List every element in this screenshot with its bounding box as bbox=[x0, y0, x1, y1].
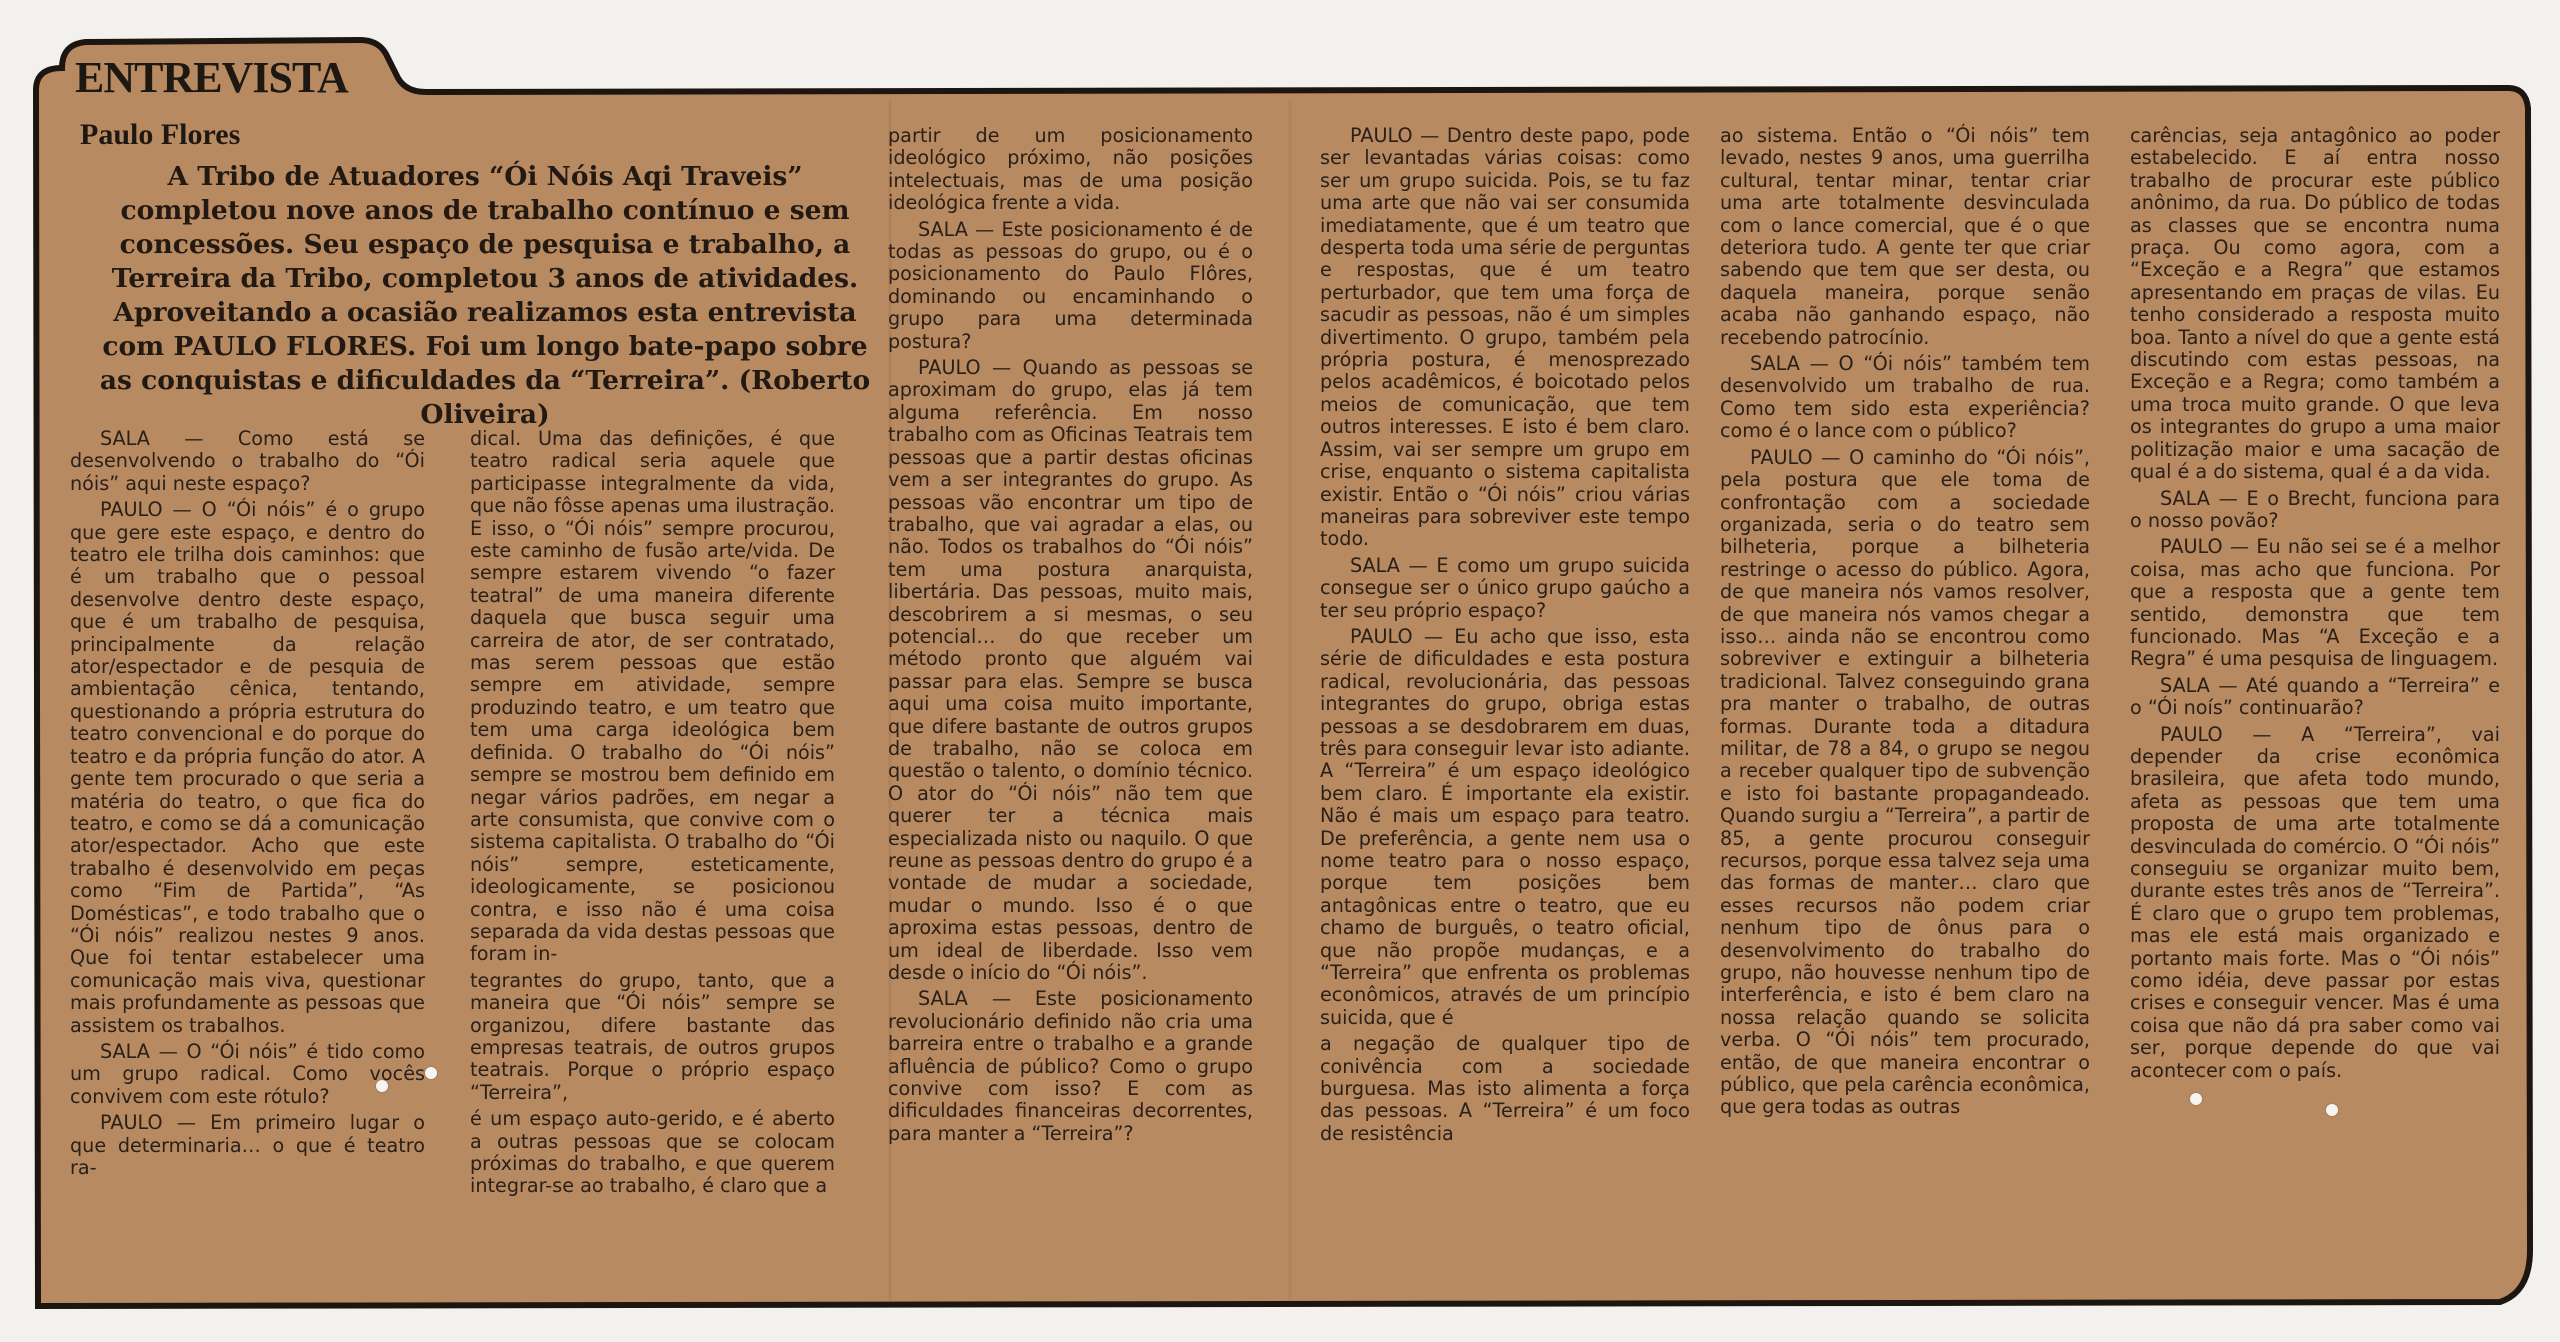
column-4: PAULO — Dentro deste papo, pode ser leva… bbox=[1320, 125, 1690, 1149]
interview-turn-sala: SALA — E como um grupo suicida consegue … bbox=[1320, 555, 1690, 622]
speaker-label: SALA — bbox=[918, 218, 1001, 241]
speaker-label: SALA — bbox=[2160, 674, 2246, 697]
punch-hole bbox=[2190, 1093, 2202, 1105]
speaker-label: PAULO — bbox=[100, 498, 202, 521]
speaker-label: PAULO — bbox=[2160, 535, 2256, 558]
punch-hole bbox=[376, 1080, 388, 1092]
punch-hole bbox=[425, 1067, 437, 1079]
column-2: dical. Uma das definições, é que teatro … bbox=[470, 428, 835, 1202]
speaker-label: PAULO — bbox=[1750, 446, 1849, 469]
speaker-label: SALA — bbox=[100, 1040, 186, 1063]
speaker-label: SALA — bbox=[1350, 554, 1436, 577]
column-6: carências, seja antagônico ao poder esta… bbox=[2130, 125, 2500, 1086]
interview-turn-sala: SALA — O “Ói nóis” também tem desenvolvi… bbox=[1720, 353, 2090, 443]
interview-turn-sala: SALA — Este posicionamento é de todas as… bbox=[888, 219, 1253, 353]
speaker-label: PAULO — bbox=[1350, 625, 1454, 648]
interview-turn-sala: SALA — Este posicionamento revolucionári… bbox=[888, 988, 1253, 1145]
speaker-label: SALA — bbox=[100, 427, 238, 450]
paragraph-continuation: é um espaço auto-gerido, e é aberto a ou… bbox=[470, 1108, 835, 1198]
interview-turn-paulo: PAULO — Eu não sei se é a melhor coisa, … bbox=[2130, 536, 2500, 670]
interview-turn-sala: SALA — Até quando a “Terreira” e o “Ói n… bbox=[2130, 675, 2500, 720]
interview-turn-paulo: PAULO — Quando as pessoas se aproximam d… bbox=[888, 357, 1253, 984]
interview-turn-paulo: PAULO — Dentro deste papo, pode ser leva… bbox=[1320, 125, 1690, 551]
interview-turn-paulo: PAULO — Em primeiro lugar o que determin… bbox=[70, 1112, 425, 1179]
lead-paragraph: A Tribo de Atuadores “Ói Nóis Aqi Travei… bbox=[90, 160, 880, 432]
speaker-label: PAULO — bbox=[2160, 723, 2301, 746]
section-heading: ENTREVISTA bbox=[75, 52, 348, 103]
speaker-label: SALA — bbox=[1750, 352, 1839, 375]
interview-turn-sala: SALA — Como está se desenvolvendo o trab… bbox=[70, 428, 425, 495]
paragraph-continuation: ao sistema. Então o “Ói nóis” tem levado… bbox=[1720, 125, 2090, 349]
byline: Paulo Flores bbox=[80, 118, 240, 152]
interview-turn-paulo: PAULO — A “Terreira”, vai depender da cr… bbox=[2130, 724, 2500, 1083]
interview-turn-paulo: PAULO — O caminho do “Ói nóis”, pela pos… bbox=[1720, 447, 2090, 1119]
paragraph-continuation: dical. Uma das definições, é que teatro … bbox=[470, 428, 835, 966]
speaker-label: PAULO — bbox=[918, 356, 1023, 379]
interview-turn-paulo: PAULO — O “Ói nóis” é o grupo que gere e… bbox=[70, 499, 425, 1037]
newspaper-clipping: ENTREVISTA Paulo Flores A Tribo de Atuad… bbox=[30, 30, 2540, 1320]
interview-turn-paulo: PAULO — Eu acho que isso, esta série de … bbox=[1320, 626, 1690, 1029]
column-1: SALA — Como está se desenvolvendo o trab… bbox=[70, 428, 425, 1183]
paragraph-continuation: carências, seja antagônico ao poder esta… bbox=[2130, 125, 2500, 484]
speaker-label: PAULO — bbox=[1350, 124, 1447, 147]
speaker-label: SALA — bbox=[918, 987, 1035, 1010]
column-3: partir de um posicionamento ideológico p… bbox=[888, 125, 1253, 1149]
paragraph-continuation: a negação de qualquer tipo de conivência… bbox=[1320, 1033, 1690, 1145]
speaker-label: SALA — bbox=[2160, 487, 2246, 510]
paragraph-continuation: partir de um posicionamento ideológico p… bbox=[888, 125, 1253, 215]
interview-turn-sala: SALA — O “Ói nóis” é tido como um grupo … bbox=[70, 1041, 425, 1108]
punch-hole bbox=[2326, 1104, 2338, 1116]
column-5: ao sistema. Então o “Ói nóis” tem levado… bbox=[1720, 125, 2090, 1123]
interview-turn-sala: SALA — E o Brecht, funciona para o nosso… bbox=[2130, 488, 2500, 533]
paragraph-continuation: tegrantes do grupo, tanto, que a maneira… bbox=[470, 970, 835, 1104]
speaker-label: PAULO — bbox=[100, 1111, 210, 1134]
